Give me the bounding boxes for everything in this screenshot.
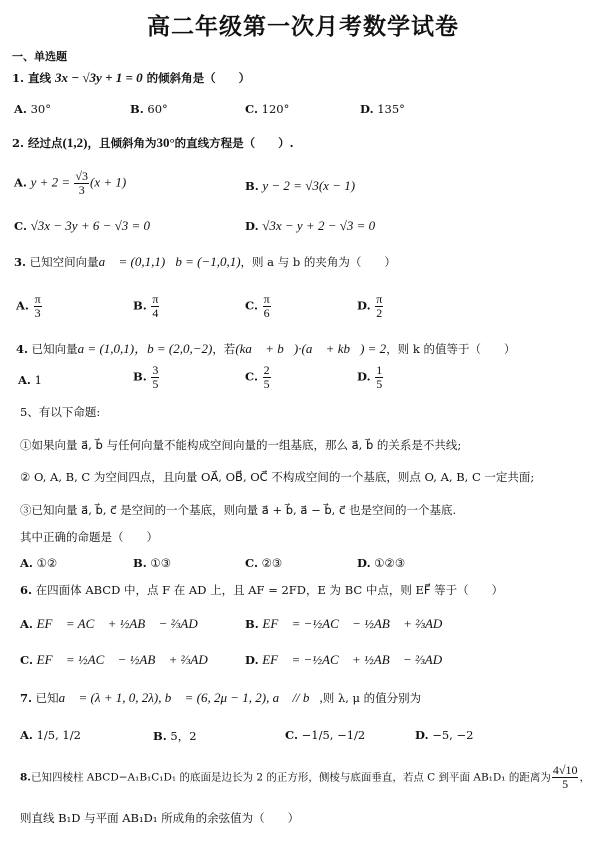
q7-option-c: C. −1/5, −1/2 [285, 728, 365, 742]
q5-ask: 其中正确的命题是（ ） [20, 529, 158, 545]
q2-option-a: A. y + 2 = √33(x + 1) [14, 170, 126, 197]
q5-option-b: B. ①③ [133, 556, 171, 570]
q3-option-d: D. π2 [357, 293, 384, 320]
question-4: 4. 已知向量a = (1,0,1)，b = (2,0,−2)，若(ka⃗ + … [16, 338, 515, 357]
page-title: 高二年级第一次月考数学试卷 [0, 8, 606, 41]
q5-proposition-2: ② O, A, B, C 为空间四点，且向量 OA⃗, OB⃗, OC⃗ 不构成… [20, 469, 534, 485]
question-2: 2. 经过点(1,2)，且倾斜角为30°的直线方程是（ ）. [12, 135, 294, 151]
q6-option-c: C. EF⃗ = ½AC⃗ − ½AB⃗ + ⅔AD⃗ [20, 652, 218, 668]
q2-option-d: D. √3x − y + 2 − √3 = 0 [245, 218, 375, 234]
q7-option-d: D. −5, −2 [415, 728, 473, 742]
q6-option-d: D. EF⃗ = −½AC⃗ + ½AB⃗ − ⅔AD⃗ [245, 652, 452, 668]
q1-option-a: A. 30° [14, 102, 51, 116]
q1-option-d: D. 135° [360, 102, 405, 116]
q4-option-b: B. 35 [133, 364, 160, 391]
q5-option-a: A. ①② [20, 556, 57, 570]
section-heading: 一、单选题 [12, 48, 67, 64]
q3-option-c: C. π6 [245, 293, 272, 320]
question-6: 6. 在四面体 ABCD 中，点 F 在 AD 上，且 AF = 2FD，E 为… [20, 582, 503, 598]
q1-option-c: C. 120° [245, 102, 289, 116]
q8-line-2: 则直线 B₁D 与平面 AB₁D₁ 所成角的余弦值为（ ） [20, 810, 299, 826]
q1-option-b: B. 60° [130, 102, 168, 116]
q4-option-d: D. 15 [357, 364, 384, 391]
q6-option-a: A. EF⃗ = AC⃗ + ½AB⃗ − ⅔AD⃗ [20, 616, 208, 632]
q3-option-b: B. π4 [133, 293, 160, 320]
question-3: 3. 已知空间向量a⃗ = (0,1,1)，b = (−1,0,1)，则 a 与… [14, 254, 396, 270]
q3-option-a: A. π3 [16, 293, 43, 320]
q5-option-c: C. ②③ [245, 556, 282, 570]
question-8: 8.已知四棱柱 ABCD−A₁B₁C₁D₁ 的底面是边长为 2 的正方形，侧棱与… [20, 764, 590, 791]
q4-option-a: A. 1 [18, 373, 42, 387]
q5-option-d: D. ①②③ [357, 556, 405, 570]
q6-option-b: B. EF⃗ = −½AC⃗ − ½AB⃗ + ⅔AD⃗ [245, 616, 452, 632]
question-1: 1. 直线 3x − √3y + 1 = 0 的倾斜角是（ ） [12, 70, 250, 86]
q2-option-c: C. √3x − 3y + 6 − √3 = 0 [14, 218, 150, 234]
q5-proposition-3: ③已知向量 a⃗, b⃗, c⃗ 是空间的一个基底，则向量 a⃗ + b⃗, a… [20, 502, 456, 518]
q5-proposition-1: ①如果向量 a⃗, b⃗ 与任何向量不能构成空间向量的一组基底，那么 a⃗, b… [20, 437, 461, 453]
question-5: 5、有以下命题: [20, 404, 100, 420]
question-7: 7. 已知a⃗ = (λ + 1, 0, 2λ), b⃗ = (6, 2μ − … [20, 690, 421, 706]
q2-option-b: B. y − 2 = √3(x − 1) [245, 178, 355, 194]
q7-option-b: B. 5，2 [153, 728, 197, 744]
q7-option-a: A. 1/5, 1/2 [20, 728, 81, 742]
q4-option-c: C. 25 [245, 364, 272, 391]
